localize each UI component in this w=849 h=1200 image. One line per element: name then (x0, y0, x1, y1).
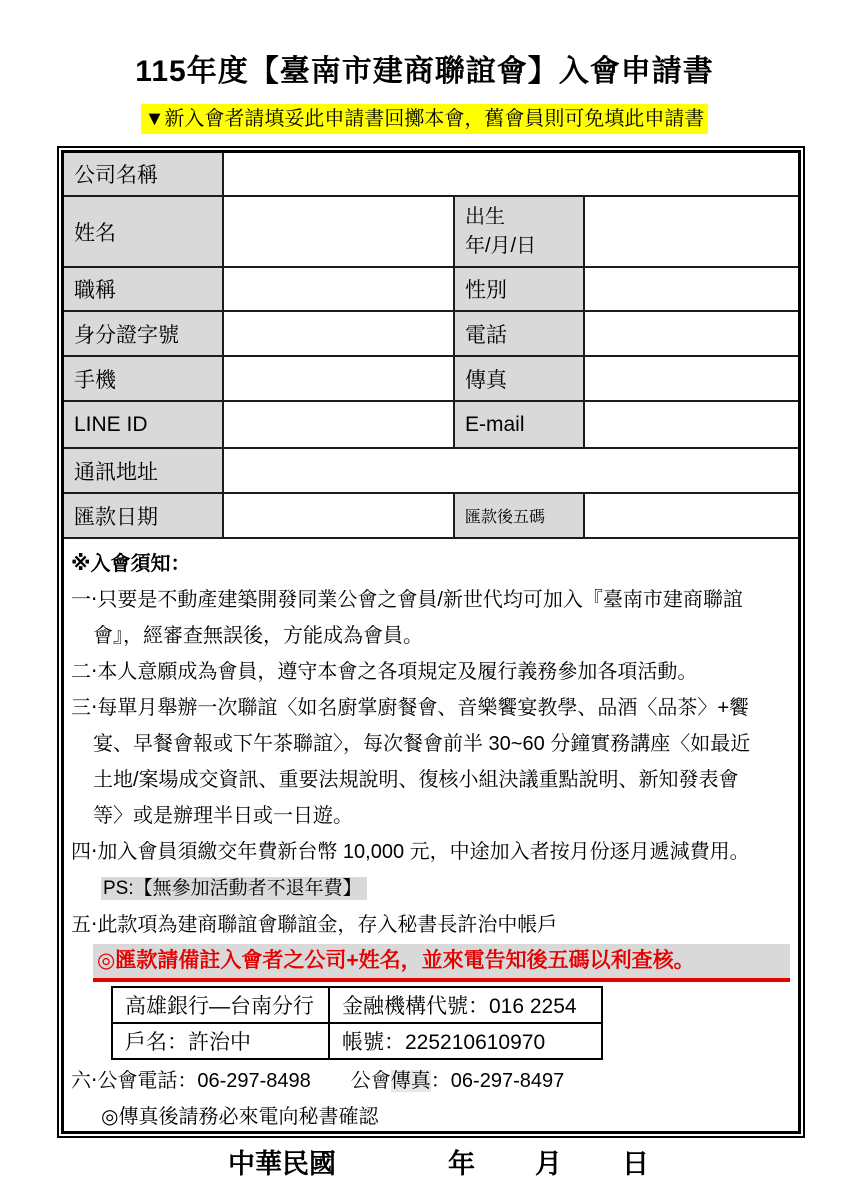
bank-code: 金融機構代號：016 2254 (329, 987, 602, 1023)
note-item-1: 一‧只要是不動產建築開發同業公會之會員/新世代均可加入『臺南市建商聯誼 (71, 582, 792, 618)
email-field[interactable] (585, 402, 798, 449)
note-item-3-cont1: 宴、早餐會報或下午茶聯誼〉，每次餐會前半 30~60 分鐘實務講座〈如最近 (71, 726, 792, 762)
gender-label: 性別 (455, 268, 585, 312)
address-field[interactable] (224, 449, 798, 494)
note-item-3-cont2: 土地/案場成交資訊、重要法規說明、復核小組決議重點說明、新知發表會 (71, 762, 792, 798)
era-label: 中華民國 (228, 1142, 336, 1181)
email-label: E-mail (455, 402, 585, 449)
note-confirm: ◎傳真後請務必來電向秘書確認 (71, 1099, 792, 1135)
bank-info-table: 高雄銀行—台南分行 金融機構代號：016 2254 戶名：許治中 帳號：2252… (111, 986, 603, 1060)
no-refund-highlight: PS:【無參加活動者不退年費】 (101, 877, 367, 900)
job-title-label: 職稱 (64, 268, 224, 312)
mobile-field[interactable] (224, 357, 455, 402)
membership-notes: ※入會須知： 一‧只要是不動產建築開發同業公會之會員/新世代均可加入『臺南市建商… (64, 539, 798, 1135)
notice-banner: ▼新入會者請填妥此申請書回擲本會，舊會員則可免填此申請書 (141, 104, 709, 134)
year-label: 年 (448, 1142, 475, 1181)
note-item-3-cont3: 等〉或是辦理半日或一日遊。 (71, 798, 792, 834)
remit-date-label: 匯款日期 (64, 494, 224, 539)
id-number-field[interactable] (224, 312, 455, 357)
company-name-field[interactable] (224, 153, 798, 197)
member-name-field[interactable] (224, 197, 455, 268)
fax-label: 傳真 (455, 357, 585, 402)
id-number-label: 身分證字號 (64, 312, 224, 357)
page-title: 115年度【臺南市建商聯誼會】入會申請書 (0, 46, 849, 90)
note-item-3: 三‧每單月舉辦一次聯誼〈如名廚掌廚餐會、音樂饗宴教學、品酒〈品茶〉+饗 (71, 690, 792, 726)
fax-word-highlight: 傳真 (391, 1070, 431, 1092)
remit-date-field[interactable] (224, 494, 455, 539)
table-row: 高雄銀行—台南分行 金融機構代號：016 2254 (112, 987, 602, 1023)
note-item-6: 六‧公會電話：06-297-8498 公會傳真：06-297-8497 (71, 1063, 792, 1099)
table-row: 戶名：許治中 帳號：225210610970 (112, 1023, 602, 1059)
account-number: 帳號：225210610970 (329, 1023, 602, 1059)
remit-last5-label: 匯款後五碼 (455, 494, 585, 539)
note-item-2: 二‧本人意願成為會員，遵守本會之各項規定及履行義務參加各項活動。 (71, 654, 792, 690)
birth-date-field[interactable] (585, 197, 798, 268)
application-form-page: 115年度【臺南市建商聯誼會】入會申請書 ▼新入會者請填妥此申請書回擲本會，舊會… (0, 0, 849, 1200)
job-title-field[interactable] (224, 268, 455, 312)
line-id-field[interactable] (224, 402, 455, 449)
fax-field[interactable] (585, 357, 798, 402)
gender-field[interactable] (585, 268, 798, 312)
phone-field[interactable] (585, 312, 798, 357)
bank-name: 高雄銀行—台南分行 (112, 987, 329, 1023)
line-id-label: LINE ID (64, 402, 224, 449)
note-item-5: 五‧此款項為建商聯誼會聯誼金，存入秘書長許治中帳戶 (71, 907, 792, 943)
note-item-1-cont: 會』，經審查無誤後，方能成為會員。 (71, 618, 792, 654)
company-name-label: 公司名稱 (64, 153, 224, 197)
form-outer-border: 公司名稱 姓名 出生 年/月/日 職稱 性別 身分證字號 電話 (57, 146, 805, 1138)
address-label: 通訊地址 (64, 449, 224, 494)
note-item-4: 四‧加入會員須繳交年費新台幣 10,000 元，中途加入者按月份逐月遞減費用。 (71, 834, 792, 870)
date-line: 中華民國 年 月 日 (14, 1142, 849, 1181)
note-ps: PS:【無參加活動者不退年費】 (71, 870, 792, 907)
form-inner-border: 公司名稱 姓名 出生 年/月/日 職稱 性別 身分證字號 電話 (61, 150, 801, 1134)
notes-heading: ※入會須知： (71, 546, 792, 582)
birth-date-label: 出生 年/月/日 (455, 197, 585, 268)
phone-label: 電話 (455, 312, 585, 357)
month-label: 月 (535, 1142, 562, 1181)
mobile-label: 手機 (64, 357, 224, 402)
member-info-table: 公司名稱 姓名 出生 年/月/日 職稱 性別 身分證字號 電話 (64, 153, 798, 539)
remittance-warning: ◎匯款請備註入會者之公司+姓名，並來電告知後五碼以利查核。 (93, 944, 790, 982)
day-label: 日 (622, 1142, 649, 1181)
member-name-label: 姓名 (64, 197, 224, 268)
account-name: 戶名：許治中 (112, 1023, 329, 1059)
remit-last5-field[interactable] (585, 494, 798, 539)
